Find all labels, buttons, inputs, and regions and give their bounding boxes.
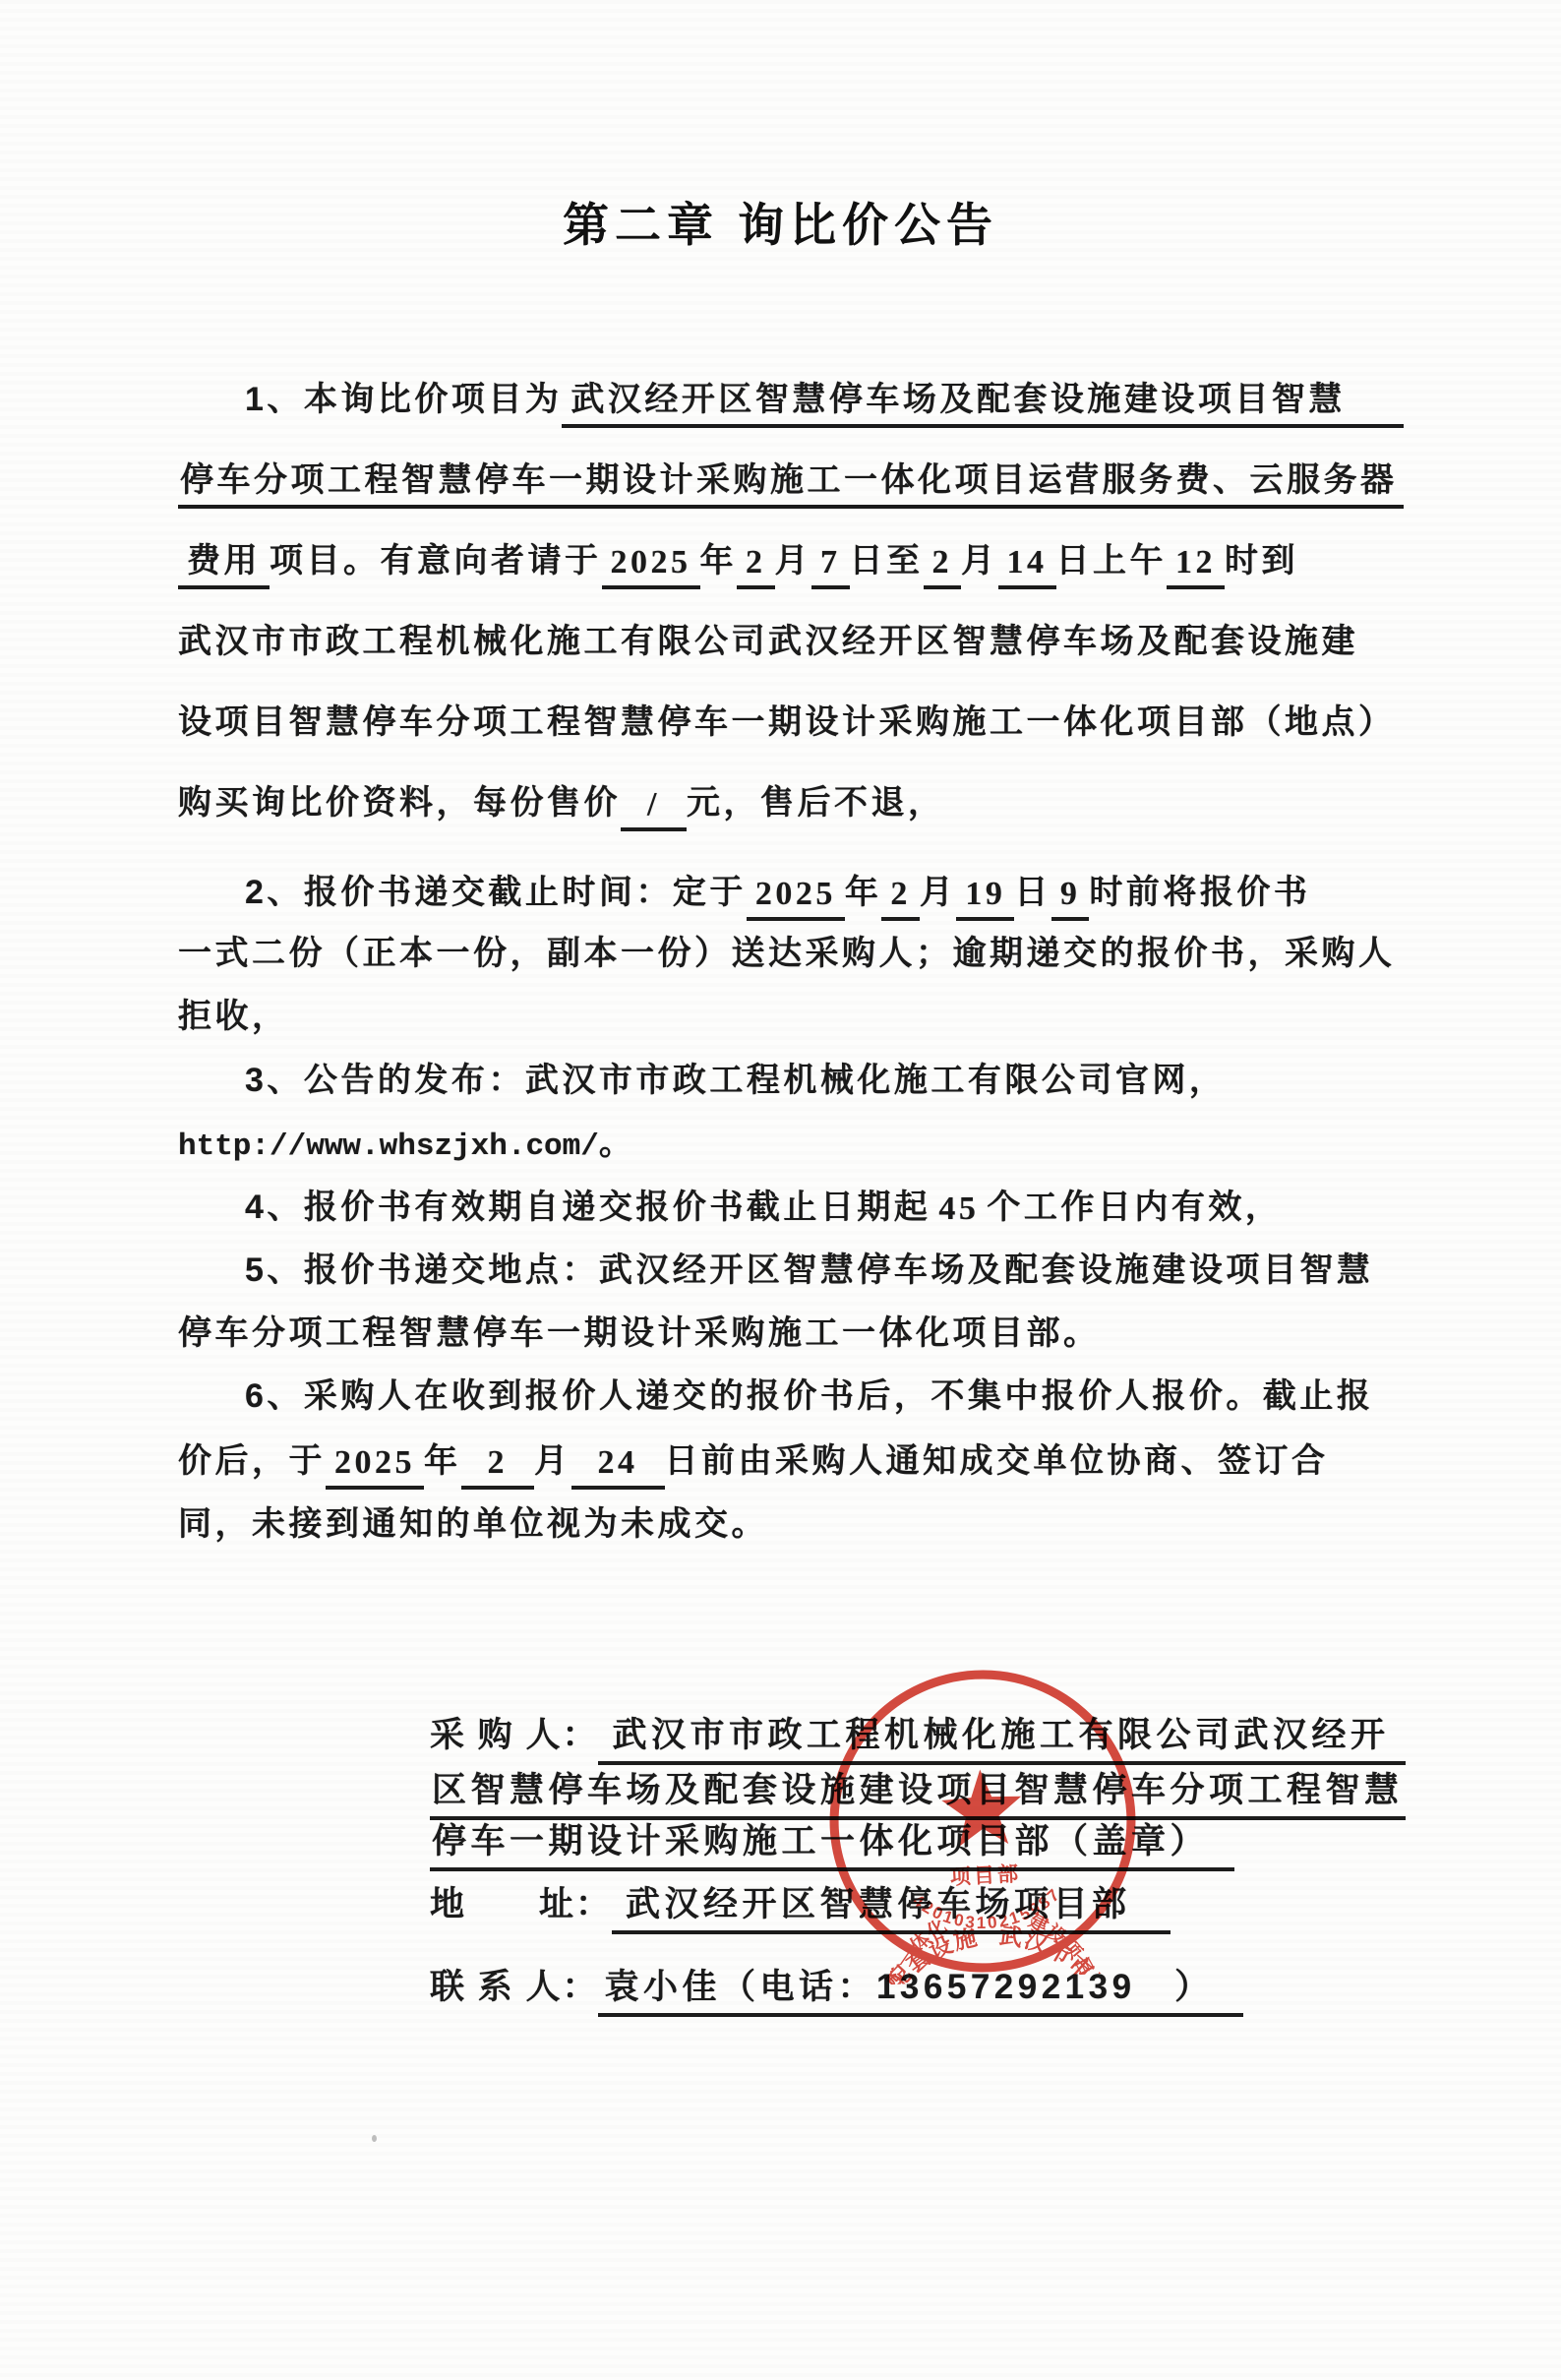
scan-artifact-dot xyxy=(372,2135,377,2142)
page-title: 第二章 询比价公告 xyxy=(0,189,1561,255)
p2-line3: 拒收， xyxy=(178,996,1404,1045)
sale-start-year: 2025 xyxy=(602,544,700,589)
text-segment: 时前将报价书 xyxy=(1089,865,1310,921)
text-segment: 月 xyxy=(534,1434,571,1490)
text-segment: 武汉市市政工程机械化施工有限公司武汉经开区智慧停车场及配套设施建 xyxy=(178,614,1358,670)
p6-line1: 6、采购人在收到报价人递交的报价书后，不集中报价人报价。截止报 xyxy=(178,1375,1404,1425)
sale-start-month: 2 xyxy=(737,544,775,589)
text-segment: 。 xyxy=(599,1116,636,1172)
text-segment: 年 xyxy=(700,533,738,589)
text-segment: 一式二份（正本一份，副本一份）送达采购人；逾期递交的报价书，采购人 xyxy=(178,926,1396,982)
award-month: 2 xyxy=(461,1444,535,1490)
text-segment: 设项目智慧停车分项工程智慧停车一期设计采购施工一体化项目部（地点） xyxy=(178,695,1396,751)
p1-line3: 费用 项目。有意向者请于 2025 年 2 月 7 日至 2 月 14 日上午 … xyxy=(178,540,1404,589)
p6-line2: 价后，于 2025 年 2 月 24 日前由采购人通知成交单位协商、签订合 xyxy=(178,1440,1404,1490)
sale-start-day: 7 xyxy=(811,544,850,589)
deadline-year: 2025 xyxy=(747,876,845,921)
award-day: 24 xyxy=(571,1444,665,1490)
buyer-label: 采 购 人： xyxy=(430,1708,598,1765)
contact-label: 联 系 人： xyxy=(430,1960,598,2017)
p1-line5: 设项目智慧停车分项工程智慧停车一期设计采购施工一体化项目部（地点） xyxy=(178,702,1404,751)
p3-line2-url: http://www.whszjxh.com/ 。 xyxy=(178,1123,1404,1172)
scanned-document-page: 第二章 询比价公告 1、本询比价项目为 武汉经开区智慧停车场及配套设施建设项目智… xyxy=(0,0,1561,2380)
seal-star-icon xyxy=(940,1767,1024,1847)
p2-line2: 一式二份（正本一份，副本一份）送达采购人；逾期递交的报价书，采购人 xyxy=(178,933,1404,982)
text-segment: 项目。有意向者请于 xyxy=(270,533,602,589)
p4-line1: 4、报价书有效期自递交报价书截止日期起 45 个工作日内有效， xyxy=(178,1187,1404,1236)
seal-center-text: 项目部 xyxy=(949,1861,1022,1889)
text-segment: 停车分项工程智慧停车一期设计采购施工一体化项目部。 xyxy=(178,1306,1101,1362)
sale-end-day: 14 xyxy=(998,544,1056,589)
text-segment: 年 xyxy=(845,865,882,921)
p3-line1: 3、公告的发布：武汉市市政工程机械化施工有限公司官网， xyxy=(178,1060,1404,1109)
text-segment: 同，未接到通知的单位视为未成交。 xyxy=(178,1496,768,1553)
text-segment: 个工作日内有效， xyxy=(987,1180,1282,1236)
text-segment: 年 xyxy=(424,1434,461,1490)
text-segment: 月 xyxy=(961,533,998,589)
validity-days: 45 xyxy=(931,1190,987,1236)
text-segment: 3、公告的发布：武汉市市政工程机械化施工有限公司官网， xyxy=(245,1053,1226,1109)
price-blank-slash: / xyxy=(621,786,687,831)
p1-line2: 停车分项工程智慧停车一期设计采购施工一体化项目运营服务费、云服务器 xyxy=(178,459,1404,509)
p5-line1: 5、报价书递交地点：武汉经开区智慧停车场及配套设施建设项目智慧 xyxy=(178,1250,1404,1299)
text-segment: 日至 xyxy=(850,533,924,589)
project-name-underlined: 武汉经开区智慧停车场及配套设施建设项目智慧 xyxy=(562,372,1404,428)
deadline-day: 19 xyxy=(956,876,1014,921)
deadline-hour: 9 xyxy=(1051,876,1090,921)
text-segment: 日 xyxy=(1014,865,1051,921)
text-segment: 月 xyxy=(920,865,957,921)
text-segment: 5、报价书递交地点：武汉经开区智慧停车场及配套设施建设项目智慧 xyxy=(245,1243,1373,1299)
website-url: http://www.whszjxh.com/ xyxy=(178,1129,599,1172)
text-segment: 日前由采购人通知成交单位协商、签订合 xyxy=(665,1434,1329,1490)
address-label: 地 址： xyxy=(430,1877,612,1934)
project-name-underlined-cont: 停车分项工程智慧停车一期设计采购施工一体化项目运营服务费、云服务器 xyxy=(178,453,1404,509)
p1-lead: 1、本询比价项目为 xyxy=(245,372,562,428)
p1-line4: 武汉市市政工程机械化施工有限公司武汉经开区智慧停车场及配套设施建 xyxy=(178,621,1404,670)
text-segment: 6、采购人在收到报价人递交的报价书后，不集中报价人报价。截止报 xyxy=(245,1369,1373,1425)
text-segment: 时到 xyxy=(1225,533,1298,589)
p6-line3: 同，未接到通知的单位视为未成交。 xyxy=(178,1503,1404,1553)
text-segment: 4、报价书有效期自递交报价书截止日期起 xyxy=(245,1180,931,1236)
fee-underlined: 费用 xyxy=(178,533,270,589)
official-seal-stamp: 武汉市市政工程机械化施工有限公司武汉经开区智慧停车场及配套设施 建设项目智慧停车… xyxy=(816,1655,1149,1987)
text-segment: 拒收， xyxy=(178,989,289,1045)
text-segment: 日上午 xyxy=(1056,533,1168,589)
text-segment: 购买询比价资料，每份售价 xyxy=(178,775,621,831)
p5-line2: 停车分项工程智慧停车一期设计采购施工一体化项目部。 xyxy=(178,1312,1404,1362)
deadline-month: 2 xyxy=(881,876,920,921)
p1-line6: 购买询比价资料，每份售价 / 元，售后不退， xyxy=(178,782,1404,831)
sale-end-month: 2 xyxy=(924,544,962,589)
p1-line1: 1、本询比价项目为 武汉经开区智慧停车场及配套设施建设项目智慧 xyxy=(178,379,1404,428)
text-segment: 月 xyxy=(775,533,812,589)
text-segment: 2、报价书递交截止时间：定于 xyxy=(245,865,747,921)
text-segment: 价后，于 xyxy=(178,1434,326,1490)
text-segment: 元，售后不退， xyxy=(687,775,945,831)
award-year: 2025 xyxy=(326,1444,424,1490)
p2-line1: 2、报价书递交截止时间：定于 2025 年 2 月 19 日 9 时前将报价书 xyxy=(178,872,1404,921)
sale-end-hour: 12 xyxy=(1167,544,1225,589)
